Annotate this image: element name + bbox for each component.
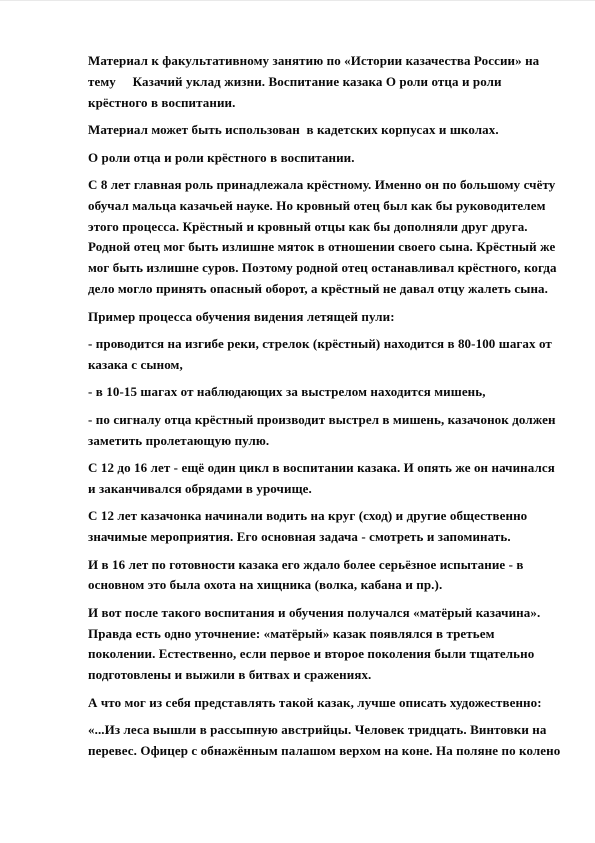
paragraph-matyory-kazak: И вот после такого воспитания и обучения… [88,603,545,686]
document-page: Материал к факультативному занятию по «И… [0,1,595,843]
paragraph-list-item-2: - в 10-15 шагах от наблюдающих за выстре… [88,382,545,403]
paragraph-usage-note: Материал может быть использован в кадетс… [88,120,545,141]
paragraph-age-12: С 12 лет казачонка начинали водить на кр… [88,506,545,548]
paragraph-title: Материал к факультативному занятию по «И… [88,51,545,113]
paragraph-artistic-intro: А что мог из себя представлять такой каз… [88,693,545,714]
paragraph-section-heading: О роли отца и роли крёстного в воспитани… [88,148,545,169]
paragraph-age-16: И в 16 лет по готовности казака его ждал… [88,555,545,597]
paragraph-age-8: С 8 лет главная роль принадлежала крёстн… [88,175,545,300]
paragraph-quote: «...Из леса вышли в рассыпную австрийцы.… [88,720,545,762]
paragraph-list-item-1: - проводится на изгибе реки, стрелок (кр… [88,334,545,376]
paragraph-list-item-3: - по сигналу отца крёстный производит вы… [88,410,545,452]
paragraph-age-12-16: С 12 до 16 лет - ещё один цикл в воспита… [88,458,545,500]
paragraph-example-intro: Пример процесса обучения видения летящей… [88,307,545,328]
